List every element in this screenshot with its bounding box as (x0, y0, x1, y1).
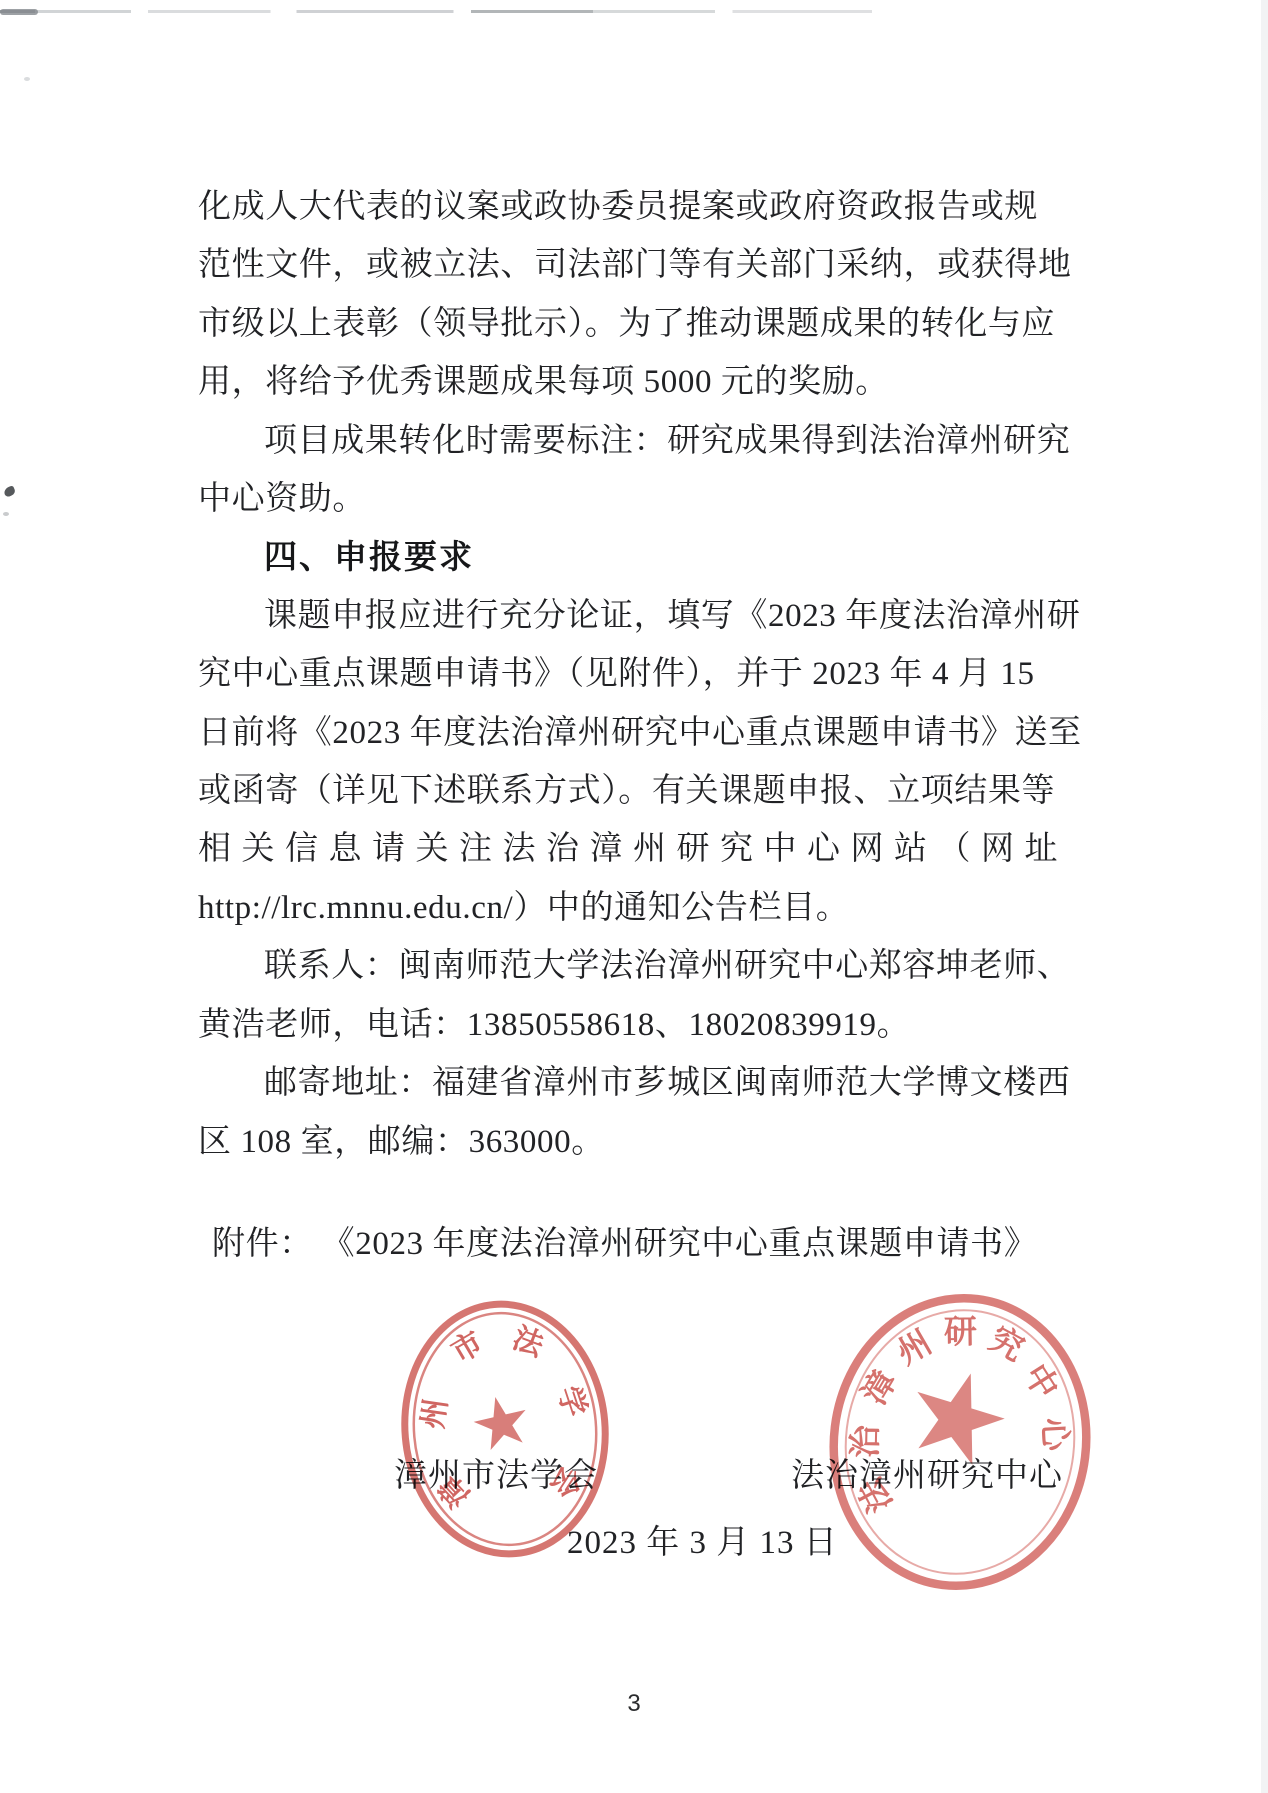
stamp-char: 究 (982, 1313, 1033, 1370)
scan-scratch-line (0, 10, 872, 13)
stamp-char: 治 (839, 1424, 887, 1458)
stamp-char: 州 (887, 1317, 939, 1374)
stamp-char: 法 (507, 1313, 551, 1365)
zhangzhou-law-society-seal: 漳州市法学会 (387, 1287, 623, 1571)
body-line: 区 108 室，邮编：363000。 (198, 1113, 1090, 1171)
scan-ink-speck (3, 512, 9, 516)
body-line: 化成人大代表的议案或政协委员提案或政府资政报告或规 (198, 178, 1090, 236)
scanned-document-page: { "page": { "number": "3" }, "body": { "… (0, 0, 1268, 1793)
stamp-char: 法 (845, 1471, 902, 1522)
body-line: 黄浩老师，电话：13850558618、18020839919。 (198, 996, 1090, 1054)
stamp-char: 市 (441, 1318, 489, 1371)
scan-ink-speck (24, 77, 30, 81)
seal-arc-text: 漳州市法学会 (387, 1287, 623, 1571)
scan-ink-speck (3, 485, 17, 498)
stamp-char: 学 (549, 1379, 600, 1421)
fazhi-zhangzhou-research-center-seal: 法治漳州研究中心 (808, 1275, 1111, 1609)
body-line: 课题申报应进行充分论证，填写《2023 年度法治漳州研 (198, 587, 1090, 645)
stamp-char: 研 (944, 1306, 978, 1354)
stamp-char: 会 (542, 1459, 595, 1508)
body-line: 或函寄（详见下述联系方式）。有关课题申报、立项结果等 (198, 762, 1090, 820)
body-line: 究中心重点课题申请书》（见附件），并于 2023 年 4 月 15 (198, 645, 1090, 703)
stamp-char: 中 (1015, 1354, 1072, 1407)
body-line: 范性文件，或被立法、司法部门等有关部门采纳，或获得地 (198, 236, 1090, 294)
stamp-char: 漳 (426, 1468, 479, 1520)
stamp-char: 心 (1033, 1416, 1082, 1451)
body-line: 用，将给予优秀课题成果每项 5000 元的奖励。 (198, 353, 1090, 411)
body-line: 项目成果转化时需要标注：研究成果得到法治漳州研究 (198, 412, 1090, 470)
body-line: 相关信息请关注法治漳州研究中心网站（网址 (198, 820, 1090, 878)
section-heading: 四、申报要求 (198, 528, 1090, 586)
page-number: 3 (0, 1690, 1268, 1718)
body-line: 市级以上表彰（领导批示）。为了推动课题成果的转化与应 (198, 295, 1090, 353)
scan-edge-shadow (1261, 0, 1268, 1793)
seal-arc-text: 法治漳州研究中心 (808, 1275, 1111, 1609)
body-line: 中心资助。 (198, 470, 1090, 528)
stamp-char: 漳 (849, 1360, 906, 1412)
document-body: 化成人大代表的议案或政协委员提案或政府资政报告或规 范性文件，或被立法、司法部门… (198, 178, 1090, 1273)
body-line: 日前将《2023 年度法治漳州研究中心重点课题申请书》送至 (198, 704, 1090, 762)
body-line: 联系人：闽南师范大学法治漳州研究中心郑容坤老师、 (198, 937, 1090, 995)
body-line-url: http://lrc.mnnu.edu.cn/）中的通知公告栏目。 (198, 879, 1090, 937)
scan-scratch-blob (0, 9, 38, 15)
stamp-char: 州 (407, 1395, 455, 1431)
body-line: 邮寄地址：福建省漳州市芗城区闽南师范大学博文楼西 (198, 1054, 1090, 1112)
attachment-line: 附件： 《2023 年度法治漳州研究中心重点课题申请书》 (198, 1215, 1090, 1273)
